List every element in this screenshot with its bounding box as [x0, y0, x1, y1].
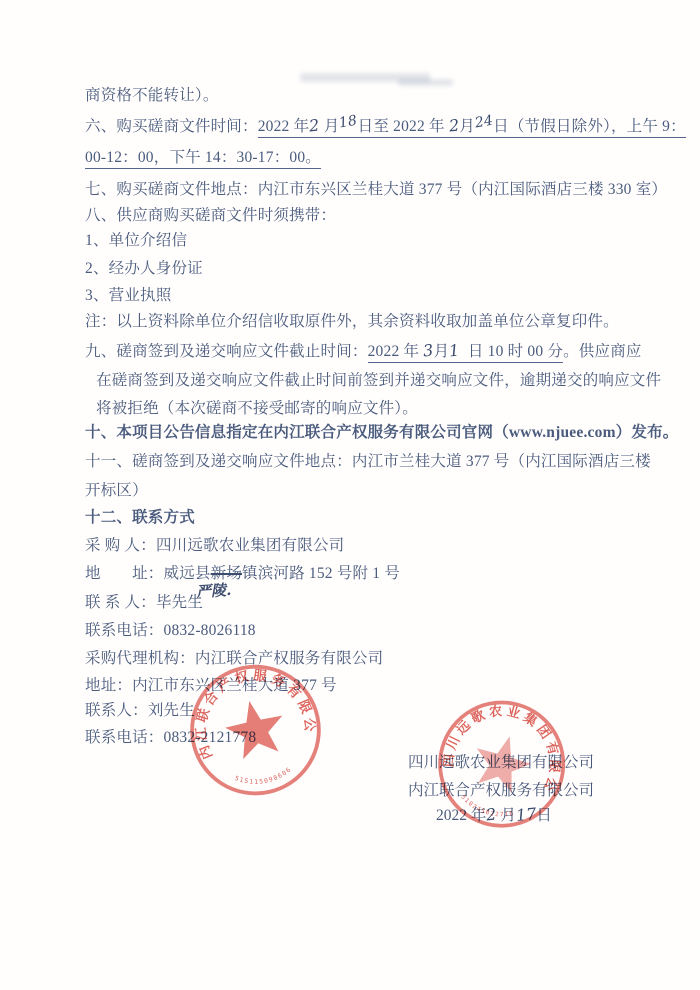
handwritten-day-2: 24 [473, 112, 494, 134]
handwritten-day-1: 18 [338, 112, 359, 134]
buyer-address-post: 镇滨河路 152 号附 1 号 [242, 565, 400, 582]
list-item-1: 1、单位介绍信 [85, 231, 187, 250]
section-9-line-2: 在磋商签到及递交响应文件截止时间前签到并递交响应文件，逾期递交的响应文件 [96, 371, 661, 390]
scan-bleedthrough-mark [398, 79, 453, 86]
section-6-hours: 00-12：00，下午 14：30-17：00。 [85, 149, 321, 169]
section-10-line: 十、本项目公告信息指定在内江联合产权服务有限公司官网（www.njuee.com… [85, 423, 678, 442]
carryover-line: 商资格不能转让）。 [85, 86, 219, 105]
agency-company-seal: 内江联合产权服务有限公司 515115090606 [170, 645, 342, 821]
section-12-text: 十二、联系方式 [85, 509, 195, 526]
section-8-text: 八、供应商购买磋商文件时须携带： [85, 207, 336, 224]
list-item-2-text: 2、经办人身份证 [85, 260, 203, 277]
section-9-time: 日 10 时 00 分 [460, 343, 563, 360]
buyer-contact-label: 联 系 人： [85, 594, 156, 611]
section-9-month-char: 月 [434, 343, 450, 360]
section-6-label: 六、购买磋商文件时间： [85, 118, 258, 135]
section-9-line-3: 将被拒绝（本次磋商不接受邮寄的响应文件）。 [96, 399, 418, 418]
buyer-phone-value: 0832-8026118 [164, 622, 256, 639]
buyer-address-label: 地 址： [85, 565, 164, 582]
section-11-text: 十一、磋商签到及递交响应文件地点：内江市兰桂大道 377 号（内江国际酒店三楼 [85, 453, 651, 470]
section-10-text: 十、本项目公告信息指定在内江联合产权服务有限公司官网（www.njuee.com… [85, 424, 678, 441]
section-7-text: 七、购买磋商文件地点：内江市东兴区兰桂大道 377 号（内江国际酒店三楼 330… [85, 181, 667, 198]
buyer-address-line: 地 址：威远县新场镇滨河路 152 号附 1 号 [85, 564, 400, 583]
list-item-3-text: 3、营业执照 [85, 287, 171, 304]
agent-address-label: 地址： [85, 677, 132, 694]
buyer-value: 四川远歌农业集团有限公司 [156, 537, 344, 554]
section-11-cont: 开标区） [85, 482, 148, 499]
seal-star-icon [221, 695, 290, 762]
section-7-line: 七、购买磋商文件地点：内江市东兴区兰桂大道 377 号（内江国际酒店三楼 330… [85, 180, 667, 199]
note-line: 注：以上资料除单位介绍信收取原件外，其余资料收取加盖单位公章复印件。 [85, 312, 619, 331]
section-9-line-1: 九、磋商签到及递交响应文件截止时间：2022 年 3月1 日 10 时 00 分… [85, 341, 642, 361]
section-9-cont-1: 在磋商签到及递交响应文件截止时间前签到并递交响应文件，逾期递交的响应文件 [96, 372, 661, 389]
buyer-contact-line: 联 系 人：毕先生 [85, 593, 203, 612]
buyer-contact-value: 毕先生 [156, 594, 203, 611]
agent-contact-label: 联系人： [85, 702, 148, 719]
buyer-phone-line: 联系电话：0832-8026118 [85, 621, 256, 640]
handwritten-month-1: 2 [308, 116, 320, 136]
section-6-mid: 日至 2022 年 [358, 118, 449, 135]
agent-label: 采购代理机构： [85, 650, 195, 667]
handwritten-month-2: 2 [448, 116, 460, 136]
section-11-line-1: 十一、磋商签到及递交响应文件地点：内江市兰桂大道 377 号（内江国际酒店三楼 [85, 452, 651, 471]
carryover-text: 商资格不能转让）。 [85, 87, 219, 104]
scanned-procurement-notice-page: 商资格不能转让）。 六、购买磋商文件时间：2022 年2 月18日至 2022 … [0, 0, 700, 990]
section-6-filled-dates: 2022 年2 月18日至 2022 年 2月24日（节假日除外），上午 9： [258, 118, 686, 138]
buyer-label: 采 购 人： [85, 537, 156, 554]
agent-phone-label: 联系电话： [85, 729, 164, 746]
section-11-line-2: 开标区） [85, 481, 148, 500]
buyer-company-seal: 四川远歌农业集团有限公司 510245022716 [414, 678, 589, 856]
section-9-tail: 。供应商应 [563, 343, 642, 360]
section-12-line: 十二、联系方式 [85, 508, 195, 527]
seal-serial-number: 510245022716 [457, 793, 518, 824]
section-6-tail: 日（节假日除外），上午 9： [493, 118, 686, 135]
section-6-line-1: 六、购买磋商文件时间：2022 年2 月18日至 2022 年 2月24日（节假… [85, 116, 686, 137]
svg-text:510245022716: 510245022716 [457, 793, 518, 824]
section-8-line: 八、供应商购买磋商文件时须携带： [85, 206, 336, 225]
buyer-address-pre: 威远县 [164, 565, 211, 582]
note-text: 注：以上资料除单位介绍信收取原件外，其余资料收取加盖单位公章复印件。 [85, 313, 619, 330]
handwritten-month-3: 3 [422, 341, 434, 361]
list-item-3: 3、营业执照 [85, 286, 171, 305]
section-6-month-char-1: 月 [320, 118, 340, 135]
list-item-1-text: 1、单位介绍信 [85, 232, 187, 249]
section-9-cont-2: 将被拒绝（本次磋商不接受邮寄的响应文件）。 [96, 400, 418, 417]
section-9-deadline: 2022 年 3月1 日 10 时 00 分 [368, 343, 564, 363]
list-item-2: 2、经办人身份证 [85, 259, 203, 278]
seal-star-icon [467, 728, 536, 796]
buyer-phone-label: 联系电话： [85, 622, 164, 639]
section-9-year: 2022 年 [368, 343, 424, 360]
section-6-line-2: 00-12：00，下午 14：30-17：00。 [85, 148, 321, 167]
section-9-label: 九、磋商签到及递交响应文件截止时间： [85, 343, 368, 360]
section-6-month-char-2: 月 [459, 118, 475, 135]
section-6-year-1: 2022 年 [258, 118, 310, 135]
buyer-line: 采 购 人：四川远歌农业集团有限公司 [85, 536, 344, 555]
